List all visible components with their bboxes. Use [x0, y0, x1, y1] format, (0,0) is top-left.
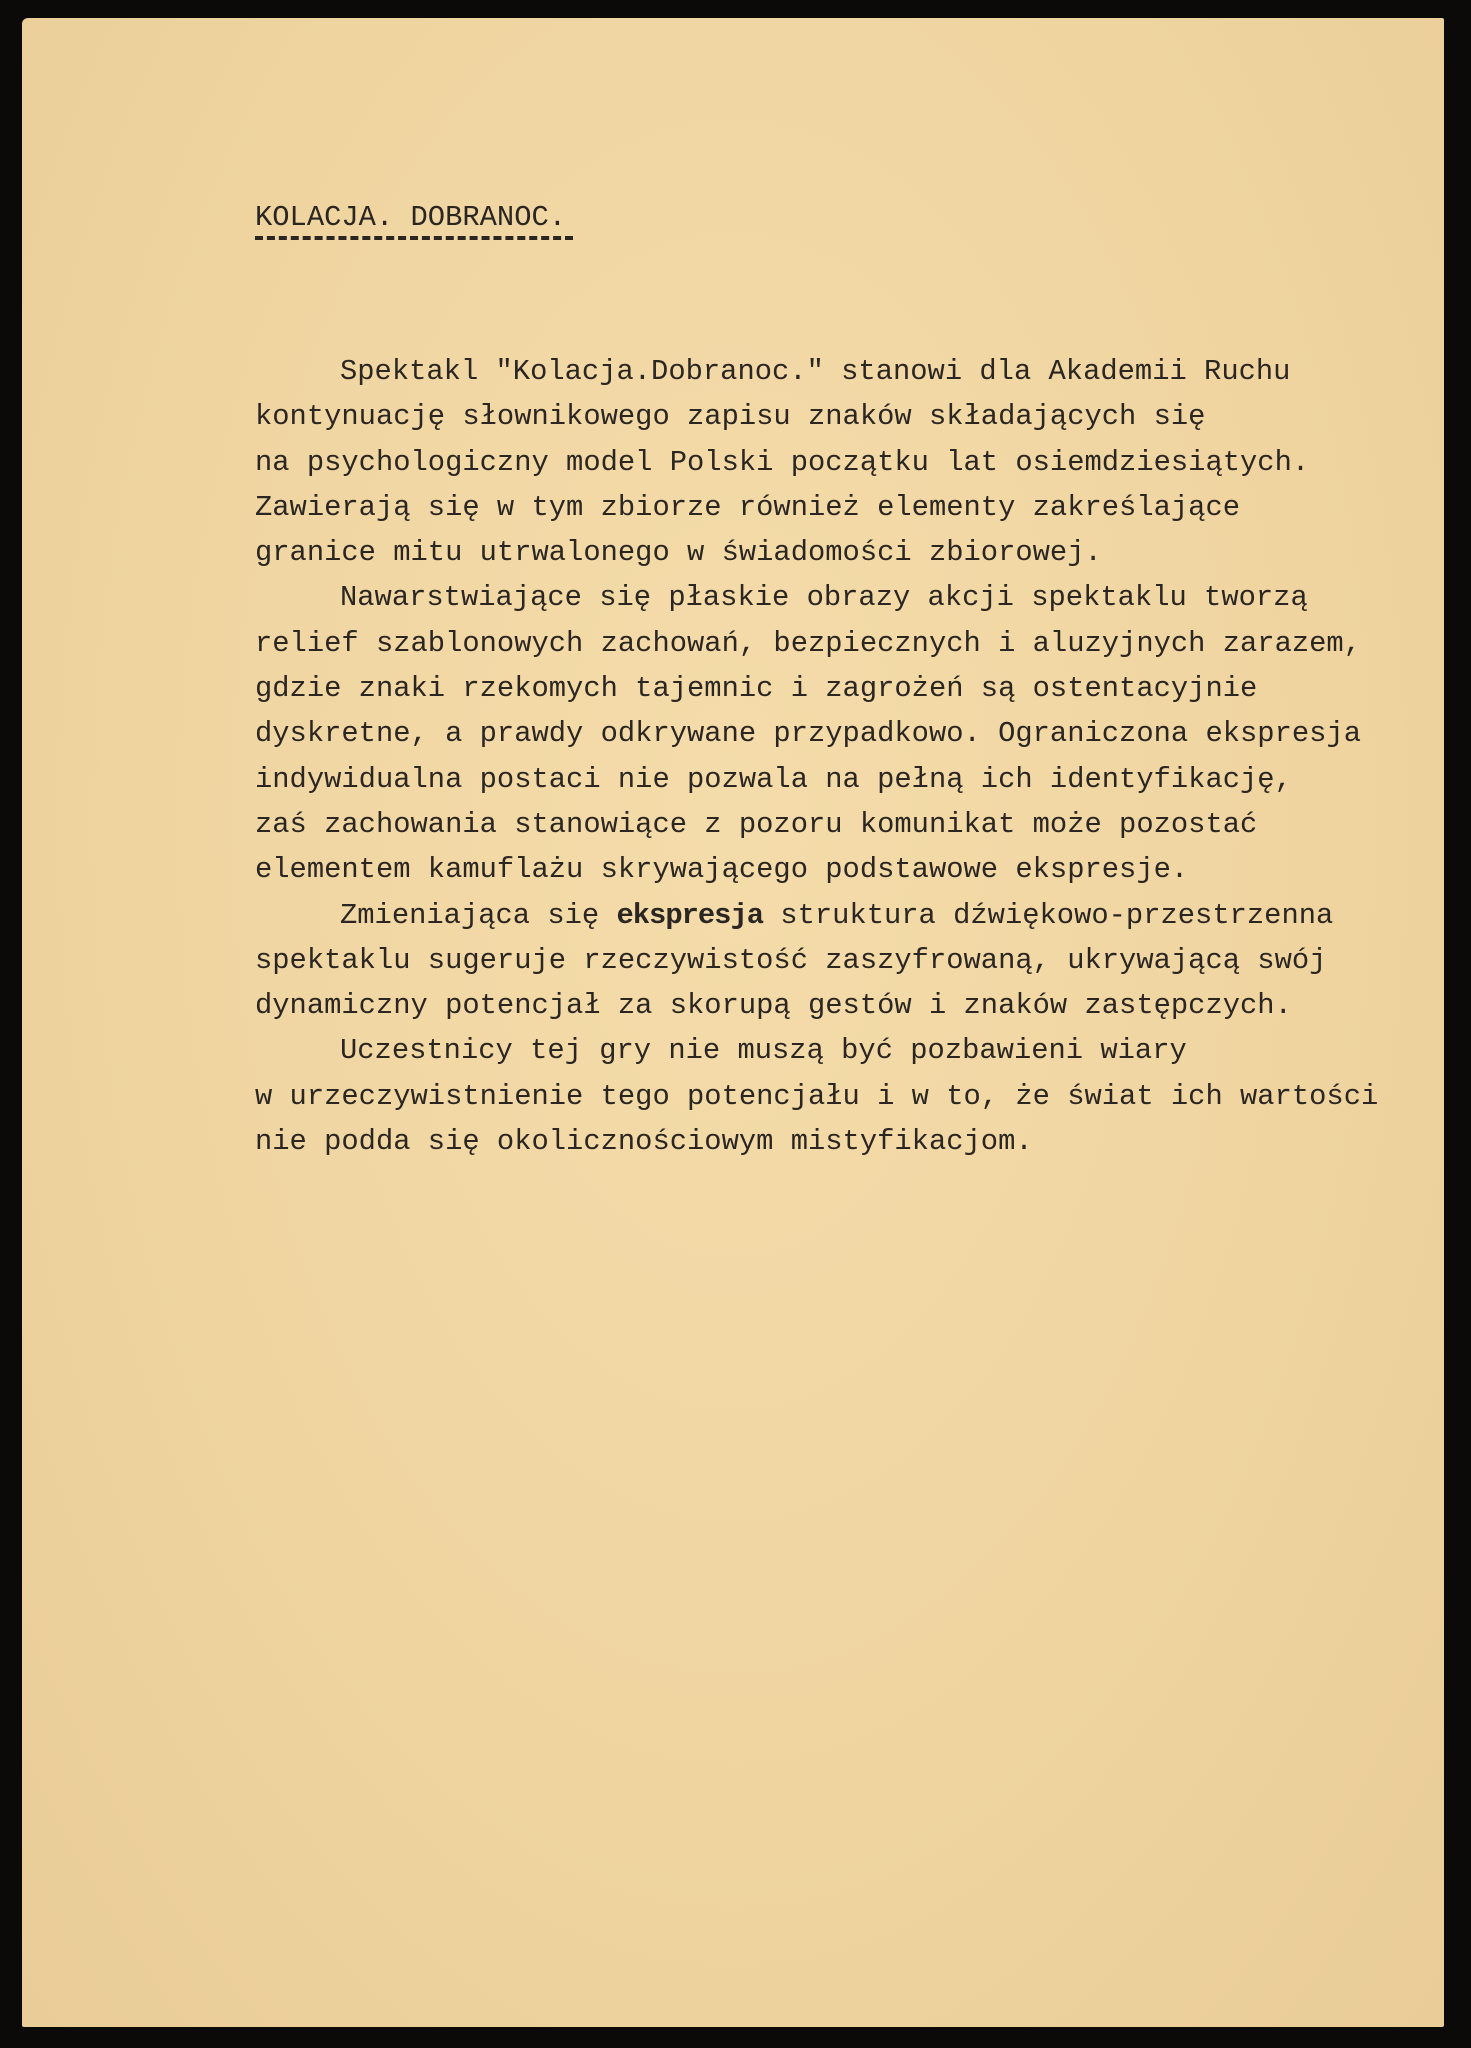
text-line: Uczestnicy tej gry nie muszą być pozbawi… — [255, 1028, 1378, 1073]
document-title: KOLACJA. DOBRANOC. — [255, 198, 566, 238]
text-line: gdzie znaki rzekomych tajemnic i zagroże… — [255, 666, 1378, 711]
text-line: nie podda się okolicznościowym mistyfika… — [255, 1119, 1378, 1164]
text-line: zaś zachowania stanowiące z pozoru komun… — [255, 802, 1378, 847]
text-line: Nawarstwiające się płaskie obrazy akcji … — [255, 575, 1378, 620]
text-line: na psychologiczny model Polski początku … — [255, 440, 1378, 485]
text-line: w urzeczywistnienie tego potencjału i w … — [255, 1074, 1378, 1119]
text-line: relief szablonowych zachowań, bezpieczny… — [255, 621, 1378, 666]
text-line: indywidualna postaci nie pozwala na pełn… — [255, 757, 1378, 802]
text-line: spektaklu sugeruje rzeczywistość zaszyfr… — [255, 938, 1378, 983]
document-body: Spektakl "Kolacja.Dobranoc." stanowi dla… — [255, 349, 1378, 1164]
text-line: dynamiczny potencjał za skorupą gestów i… — [255, 983, 1378, 1028]
text-line: kontynuację słownikowego zapisu znaków s… — [255, 394, 1378, 439]
paper-sheet: KOLACJA. DOBRANOC. Spektakl "Kolacja.Dob… — [22, 18, 1444, 2027]
text-line: Zawierają się w tym zbiorze również elem… — [255, 485, 1378, 530]
text-segment: Zmieniająca się — [340, 899, 617, 932]
text-segment: struktura dźwiękowo-przestrzenna — [763, 899, 1333, 932]
text-line-with-strikeout: Zmieniająca się ekspresja struktura dźwi… — [255, 893, 1378, 938]
struck-out-word: ekspresja — [617, 899, 764, 932]
title-underline — [255, 236, 573, 240]
text-line: dyskretne, a prawdy odkrywane przypadkow… — [255, 711, 1378, 756]
text-line: granice mitu utrwalonego w świadomości z… — [255, 530, 1378, 575]
text-line: Spektakl "Kolacja.Dobranoc." stanowi dla… — [255, 349, 1378, 394]
text-line: elementem kamuflażu skrywającego podstaw… — [255, 847, 1378, 892]
